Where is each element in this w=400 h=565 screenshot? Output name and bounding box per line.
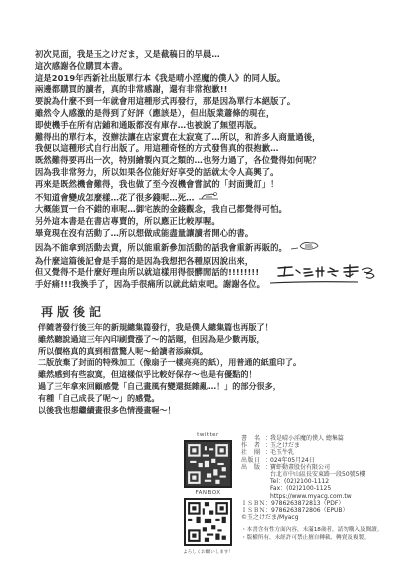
afterword-line: 另外這本書是在書店專賣的，所以應正比較厚喔。 [35, 216, 375, 228]
isbn-pdf: ＩＳＢＮ：9786263872813（PDF） [241, 500, 400, 507]
colophon: 書 名：我是晴小淫魔的僕人 總集篇 作 者：玉之けだま 社 團：毛玉牛乳 出版日… [241, 435, 400, 542]
publisher-address: 台北市中山區長安東路一段50號5樓 [241, 471, 400, 478]
reprint-line: 伴隨著發行後三年的新規總集篇發行，我是僕人總集篇也再版了！ [38, 322, 378, 334]
signature-icon [268, 260, 393, 290]
reprint-line: 有種「自己成長了呢～」的感覺。 [38, 393, 378, 405]
publisher-fax: Fax：(02)2100-1125 [241, 485, 400, 492]
reprint-line: 過了三年拿來回顧感覺「自己畫風有變還挺雜亂…！」的部分很多， [38, 381, 378, 393]
author-signature [268, 260, 393, 290]
reprint-afterword: 伴隨著發行後三年的新規總集篇發行，我是僕人總集篇也再版了！ 雖然聽說過這三年內印… [38, 322, 378, 416]
afterword-line: 再來是既然機會難得，我也做了至今沒機會嘗試的「封面燙訂」！ [35, 179, 375, 191]
colophon-row-publisher: 出 版：寶虾動畫股份有限公司 [241, 464, 400, 471]
fainted-doodle-icon [198, 191, 220, 205]
publisher-url-link[interactable]: https://www.myacg.com.tw [241, 493, 400, 500]
afterword-line-with-doodle: 不知道會變成怎麼樣…花了很多錢呢…死… [35, 191, 375, 205]
colophon-row-author: 作 者：玉之けだま [241, 442, 400, 449]
afterword-line: 我便以這種形式自行出版了。用這種奇怪的方式發售真的很抱歉… [35, 143, 375, 155]
afterword-line: 大概能買一台不錯的車呢…御宅族的金錢觀念，我自己都覺得可怕。 [35, 204, 375, 216]
reprint-line: 以後我也想繼續畫很多色情漫畫喔～！ [38, 405, 378, 417]
qr-code-icon [186, 442, 230, 486]
reprint-line: 二版放棄了封面的特殊加工（像扇子一樣亮亮的紙），用普通的紙重印了。 [38, 357, 378, 369]
reprint-line: 所以價格真的真到相當驚人呢～給讀者添麻煩。 [38, 346, 378, 358]
afterword-line: 因為我非常努力，所以如果各位能好好享受的話就太令人高興了。 [35, 167, 375, 179]
crawling-doodle-icon [290, 240, 320, 256]
afterword-line: 要說為什麼不到一年就會用這種形式再發行，那是因為單行本絕版了。 [35, 96, 375, 108]
colophon-row-circle: 社 團：毛玉牛乳 [241, 449, 400, 456]
afterword-line: 初次見面，我是玉之けだま，又是截稿日的早晨… [35, 49, 375, 61]
afterword-line: 既然難得要再出一次，特別繪製內頁之類的…也努力過了，各位覺得如何呢？ [35, 155, 375, 167]
rights-notice: ・版權所有，未經許可禁止擅自轉載、轉賣及複製。 [241, 535, 400, 542]
twitter-qr-code[interactable] [184, 440, 232, 488]
afterword-line: 即使機手在所有店鋪和通販都沒有庫存…也被說了無望再版。 [35, 120, 375, 132]
colophon-row-title: 書 名：我是晴小淫魔的僕人 總集篇 [241, 435, 400, 442]
age-notice: ・本書含有性方面內容，未滿18歲者，請勿購入及閱讀。 [241, 527, 400, 534]
twitter-label: twitter [182, 432, 234, 439]
reprint-line: 雖然感到有些寂寞，但這樣似乎比較好保存～也是有優點的！ [38, 369, 378, 381]
afterword-handwritten: 初次見面，我是玉之けだま，又是截稿日的早晨… 這次感謝各位購買本書。 這是201… [35, 49, 375, 291]
colophon-row-date: 出版日：024年05月24日 [241, 457, 400, 464]
qr-code-icon [186, 500, 230, 544]
afterword-line: 兩邊都購買的讀者，真的非常感謝，還有非常抱歉!! [35, 84, 375, 96]
afterword-line: 難得出的單行本，沒辦法讓在店家賣在太寂寞了…所以，和許多人商量過後， [35, 132, 375, 144]
afterword-line: 這次感謝各位購買本書。 [35, 61, 375, 73]
afterword-line: 這是2019年西新社出版單行本《我是晴小淫魔的僕人》的同人版。 [35, 73, 375, 85]
copyright: ©玉之けだま/Myacg [241, 514, 400, 521]
afterword-line: 雖然令人感激的是得到了好評（應該是），但出版業蕭條的現在， [35, 108, 375, 120]
fanbox-qr-code[interactable] [184, 498, 232, 546]
reprint-line: 雖然聽說過這三年內印刷費漲了～的話題，但因為是少數再版， [38, 334, 378, 346]
afterword-line: 畢竟現在沒有活動了…所以想做成能盡量讓讀者開心的書。 [35, 228, 375, 240]
qr-caption: よろしくお願いします！ [182, 549, 234, 555]
reprint-afterword-title: 再版後記 [41, 303, 105, 320]
publisher-tel: Tel：(02)2100-1112 [241, 478, 400, 485]
fanbox-label: FANBOX [182, 490, 234, 497]
legal-notes: ・本書含有性方面內容，未滿18歲者，請勿購入及閱讀。 ・版權所有，未經許可禁止擅… [241, 527, 400, 541]
qr-code-column: twitter FANBOX よろしくお願いします！ [182, 432, 234, 555]
afterword-line-with-doodle: 因為不能拿到活動去賣，所以能重新參加活動的話我會重新再販的。 [35, 240, 375, 256]
